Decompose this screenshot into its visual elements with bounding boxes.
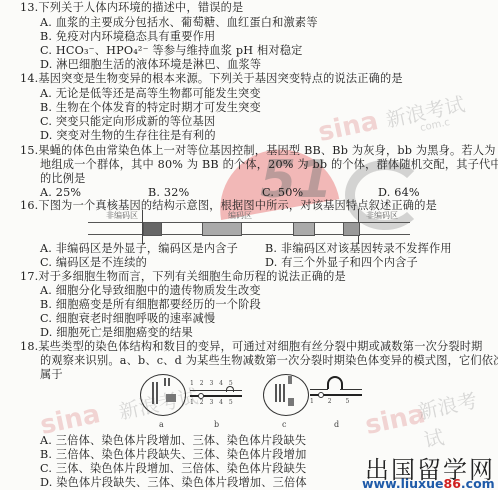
exon-4 <box>343 222 360 236</box>
gene-structure-diagram: 非编码区 编码区 非编码区 <box>88 210 410 244</box>
q13-option-d: D. 淋巴细胞生活的液体环境是淋巴、血浆等 <box>40 58 261 72</box>
question-17-stem: 17.对于多细胞生物而言，下列有关细胞生命历程的说法正确的是 <box>20 270 346 284</box>
q13-option-a: A. 血浆的主要成分包括水、葡萄糖、血红蛋白和激素等 <box>40 16 318 30</box>
q18-option-b: B. 三倍体、染色体片段缺失、三体、染色体片段增加 <box>40 448 306 462</box>
q13-option-c: C. HCO₃⁻、HPO₄²⁻ 等参与维持血浆 pH 相对稳定 <box>40 44 303 58</box>
q16-option-c: C. 编码区是不连续的 <box>40 256 147 270</box>
q16-option-d: D. 有三个外显子和四个内含子 <box>265 256 418 270</box>
q14-option-c: C. 突变只能定向形成新的等位基因 <box>40 115 215 129</box>
exon-3 <box>293 222 315 236</box>
q18-option-d: D. 染色体片段缺失、三体、染色体片段增加、三倍体 <box>40 476 307 490</box>
q14-option-d: D. 突变对生物的生存往往是有利的 <box>40 129 216 143</box>
q16-option-b: B. 非编码区对该基因转录不发挥作用 <box>265 242 452 256</box>
q16-option-a: A. 非编码区是外显子，编码区是内含子 <box>40 242 238 256</box>
q15-option-c: C. 50% <box>262 186 303 200</box>
q17-option-c: C. 细胞衰老时细胞呼吸的速率减慢 <box>40 312 215 326</box>
label-coding: 编码区 <box>228 210 252 221</box>
q17-option-a: A. 细胞分化导致细胞中的遗传物质发生改变 <box>40 284 261 298</box>
dna-strand-bottom <box>88 234 410 235</box>
question-15-stem: 15.果蝇的体色由常染色体上一对等位基因控制，基因型 BB、Bb 为灰身，bb … <box>20 144 496 158</box>
question-13-stem: 13.下列关于人体内环境的描述中，错误的是 <box>20 1 243 15</box>
question-14-stem: 14.基因突变是生物变异的根本来源。下列关于基因突变特点的说法正确的是 <box>20 72 403 86</box>
q15-option-b: B. 32% <box>148 186 189 200</box>
q14-option-a: A. 无论是低等还是高等生物都可能发生突变 <box>40 87 261 101</box>
question-15-stem-line2: 地组成一个群体，其中 80% 为 BB 的个体，20% 为 bb 的个体，群体随… <box>40 158 498 172</box>
cell-a <box>140 374 186 416</box>
q15-option-a: A. 25% <box>40 186 81 200</box>
dna-strand-top <box>88 222 410 223</box>
question-15-stem-line3: 的比例是 <box>40 172 86 186</box>
exon-1 <box>143 222 162 236</box>
label-noncoding-right: 非编码区 <box>366 210 398 221</box>
label-noncoding-left: 非编码区 <box>106 210 138 221</box>
q17-option-b: B. 细胞癌变是所有细胞都要经历的一个阶段 <box>40 298 261 312</box>
q14-option-b: B. 生物在个体发育的特定时期才可发生突变 <box>40 101 261 115</box>
q18-option-a: A. 三倍体、染色体片段增加、三体、染色体片段缺失 <box>40 434 306 448</box>
exon-2 <box>202 222 242 236</box>
chromosome-variation-figure: a 1 2 3 4 5 1 2 3 4 5 b c 1 2 5 d <box>0 372 498 432</box>
liuxue86-url[interactable]: www.liuxue86.com <box>362 476 495 490</box>
q18-option-c: C. 三体、染色体片段增加、三倍体、染色体片段缺失 <box>40 462 306 476</box>
q15-option-d: D. 64% <box>378 186 420 200</box>
q13-option-b: B. 免疫对内环境稳态具有重要作用 <box>40 30 215 44</box>
cell-c <box>263 374 309 416</box>
question-18-stem-line2: 的观察来识别。a、b、c、d 为某些生物减数第一次分裂时期染色体变异的模式图，它… <box>40 354 498 368</box>
question-18-stem: 18.某些类型的染色体结构和数目的变异，可通过对细胞有丝分裂中期或减数第一次分裂… <box>20 340 483 354</box>
q17-option-d: D. 细胞死亡是细胞癌变的结果 <box>40 326 193 340</box>
